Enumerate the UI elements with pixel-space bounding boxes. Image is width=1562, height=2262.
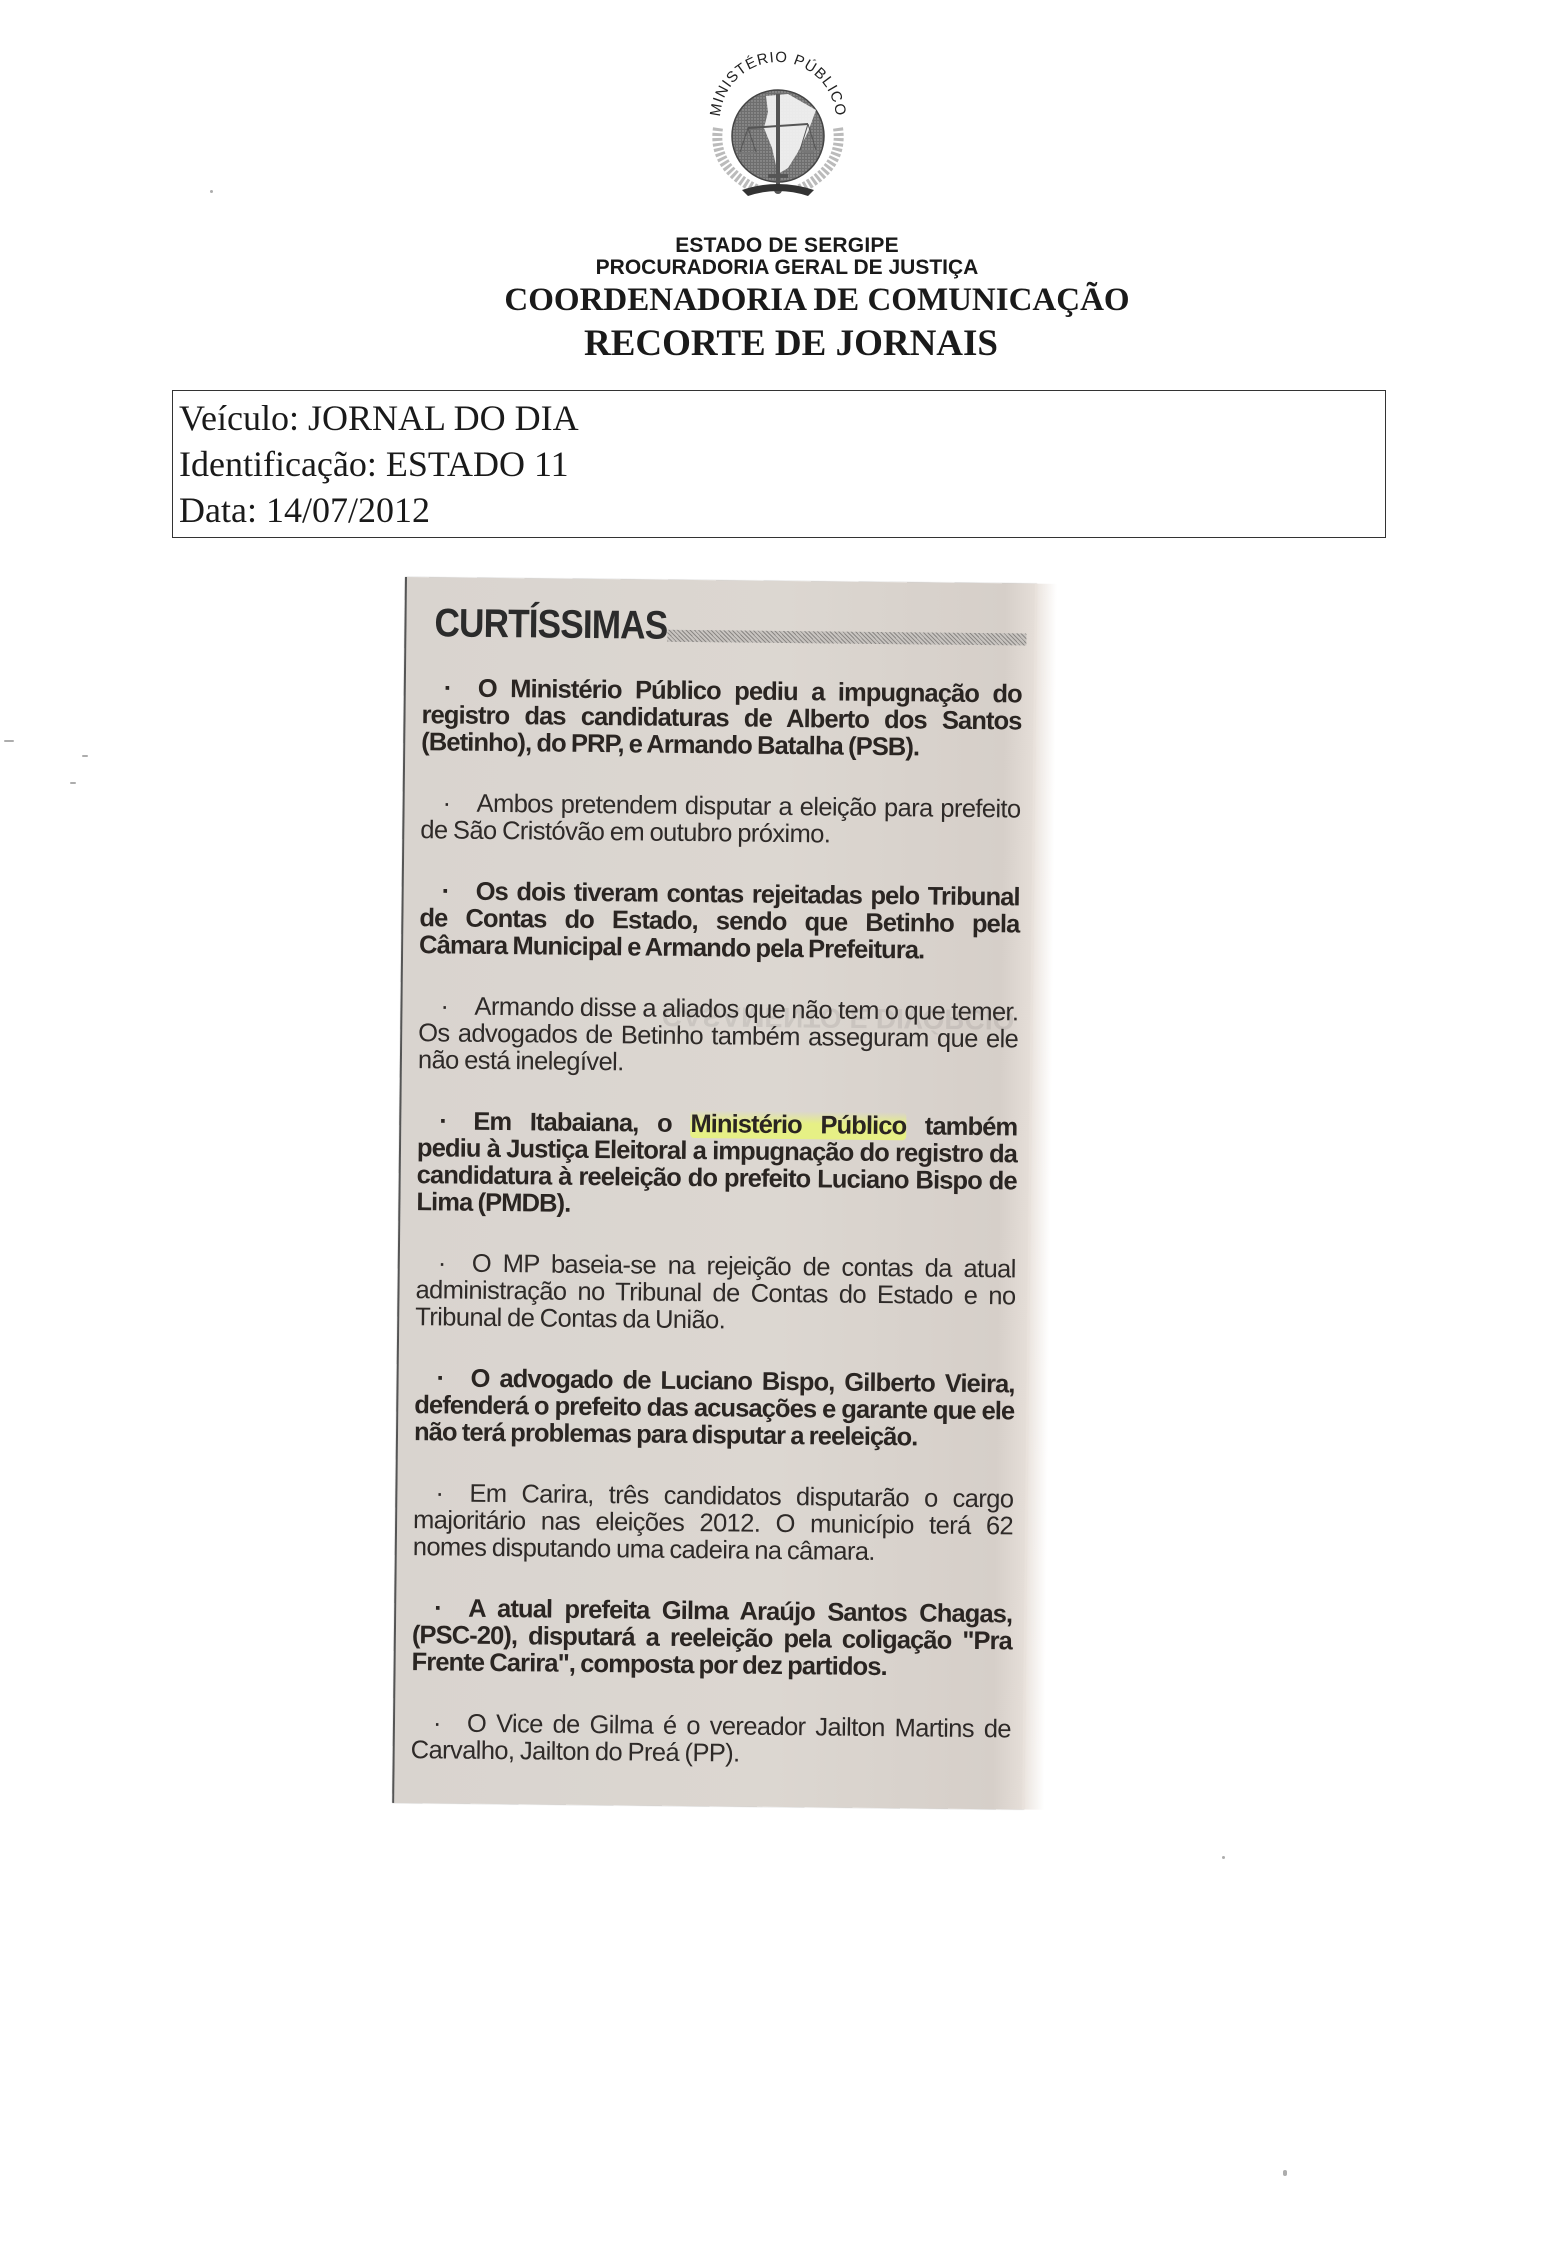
news-item: ·Ambos pretendem disputar a eleição para… xyxy=(420,790,1021,850)
date-label: Data: xyxy=(179,490,257,530)
vehicle-label: Veículo: xyxy=(179,398,299,438)
news-items-list: ·O Ministério Público pediu a impugnação… xyxy=(410,675,1022,1804)
clipping-info-box: Veículo: JORNAL DO DIA Identificação: ES… xyxy=(172,390,1386,538)
bullet-icon: · xyxy=(420,790,476,818)
news-item: ·O MP baseia-se na rejeição de contas da… xyxy=(415,1250,1016,1337)
bullet-icon: · xyxy=(417,1108,473,1136)
department-heading: COORDENADORIA DE COMUNICAÇÃO xyxy=(0,282,1562,319)
news-item-text: O MP baseia-se na rejeição de contas da … xyxy=(415,1250,1016,1335)
news-item: ·O Vice de Gilma é o vereador Jailton Ma… xyxy=(411,1710,1012,1770)
scan-speck xyxy=(70,782,76,784)
bullet-icon: · xyxy=(413,1480,469,1508)
clipping-title: CURTÍSSIMAS xyxy=(434,601,667,647)
news-item-text: Armando disse a aliados que não tem o qu… xyxy=(418,993,1019,1077)
news-item: ·O advogado de Luciano Bispo, Gilberto V… xyxy=(414,1365,1015,1452)
news-item-text: Ambos pretendem disputar a eleição para … xyxy=(420,790,1021,849)
news-item: ·Em Carira, três candidatos disputarão o… xyxy=(413,1480,1014,1567)
scan-speck xyxy=(210,190,213,193)
bullet-icon: · xyxy=(416,1250,472,1278)
news-item-text: O advogado de Luciano Bispo, Gilberto Vi… xyxy=(414,1365,1015,1452)
scan-speck xyxy=(4,740,14,742)
bullet-icon: · xyxy=(411,1710,467,1738)
bullet-icon: · xyxy=(420,878,476,906)
bullet-icon: · xyxy=(414,1365,470,1393)
news-item-text: Em Itabaiana, o xyxy=(473,1108,690,1138)
vehicle-line: Veículo: JORNAL DO DIA xyxy=(179,395,1385,441)
bullet-icon: · xyxy=(422,675,478,703)
news-item: ·A atual prefeita Gilma Araújo Santos Ch… xyxy=(411,1595,1012,1682)
newspaper-clipping: CASAMENTO E DIVÓRCIO CURTÍSSIMAS ·O Mini… xyxy=(392,577,1037,1810)
news-item: ·O Ministério Público pediu a impugnação… xyxy=(421,675,1022,762)
scan-speck xyxy=(1283,2170,1287,2176)
news-item-text: O Vice de Gilma é o vereador Jailton Mar… xyxy=(411,1710,1012,1768)
section-title: RECORTE DE JORNAIS xyxy=(0,322,1562,365)
ministerio-publico-seal-icon: MINISTÉRIO PÚBLICO xyxy=(688,28,868,208)
clipping-header: CURTÍSSIMAS xyxy=(434,601,1026,651)
news-item-text: O Ministério Público pediu a impugnação … xyxy=(421,675,1022,762)
state-heading: ESTADO DE SERGIPE xyxy=(0,234,1562,258)
bullet-icon: · xyxy=(412,1595,468,1623)
title-rule-divider xyxy=(667,630,1027,646)
highlighted-text: Ministério Público xyxy=(690,1110,906,1140)
date-line: Data: 14/07/2012 xyxy=(179,487,1385,533)
news-item: ·Os dois tiveram contas rejeitadas pelo … xyxy=(419,878,1020,965)
news-item-text: Em Carira, três candidatos disputarão o … xyxy=(413,1480,1014,1566)
news-item-text: A atual prefeita Gilma Araújo Santos Cha… xyxy=(411,1595,1012,1681)
news-item: ·Armando disse a aliados que não tem o q… xyxy=(418,993,1019,1080)
scan-speck xyxy=(1222,1856,1225,1859)
identification-line: Identificação: ESTADO 11 xyxy=(179,441,1385,487)
office-heading: PROCURADORIA GERAL DE JUSTIÇA xyxy=(0,256,1562,280)
scan-speck xyxy=(82,755,88,757)
identification-label: Identificação: xyxy=(179,444,377,484)
bullet-icon: · xyxy=(418,993,474,1021)
news-item-text: Os dois tiveram contas rejeitadas pelo T… xyxy=(419,878,1020,965)
date-value: 14/07/2012 xyxy=(266,490,430,530)
news-item: ·Em Itabaiana, o Ministério Público tamb… xyxy=(416,1108,1017,1222)
identification-value: ESTADO 11 xyxy=(386,444,569,484)
vehicle-value: JORNAL DO DIA xyxy=(308,398,579,438)
